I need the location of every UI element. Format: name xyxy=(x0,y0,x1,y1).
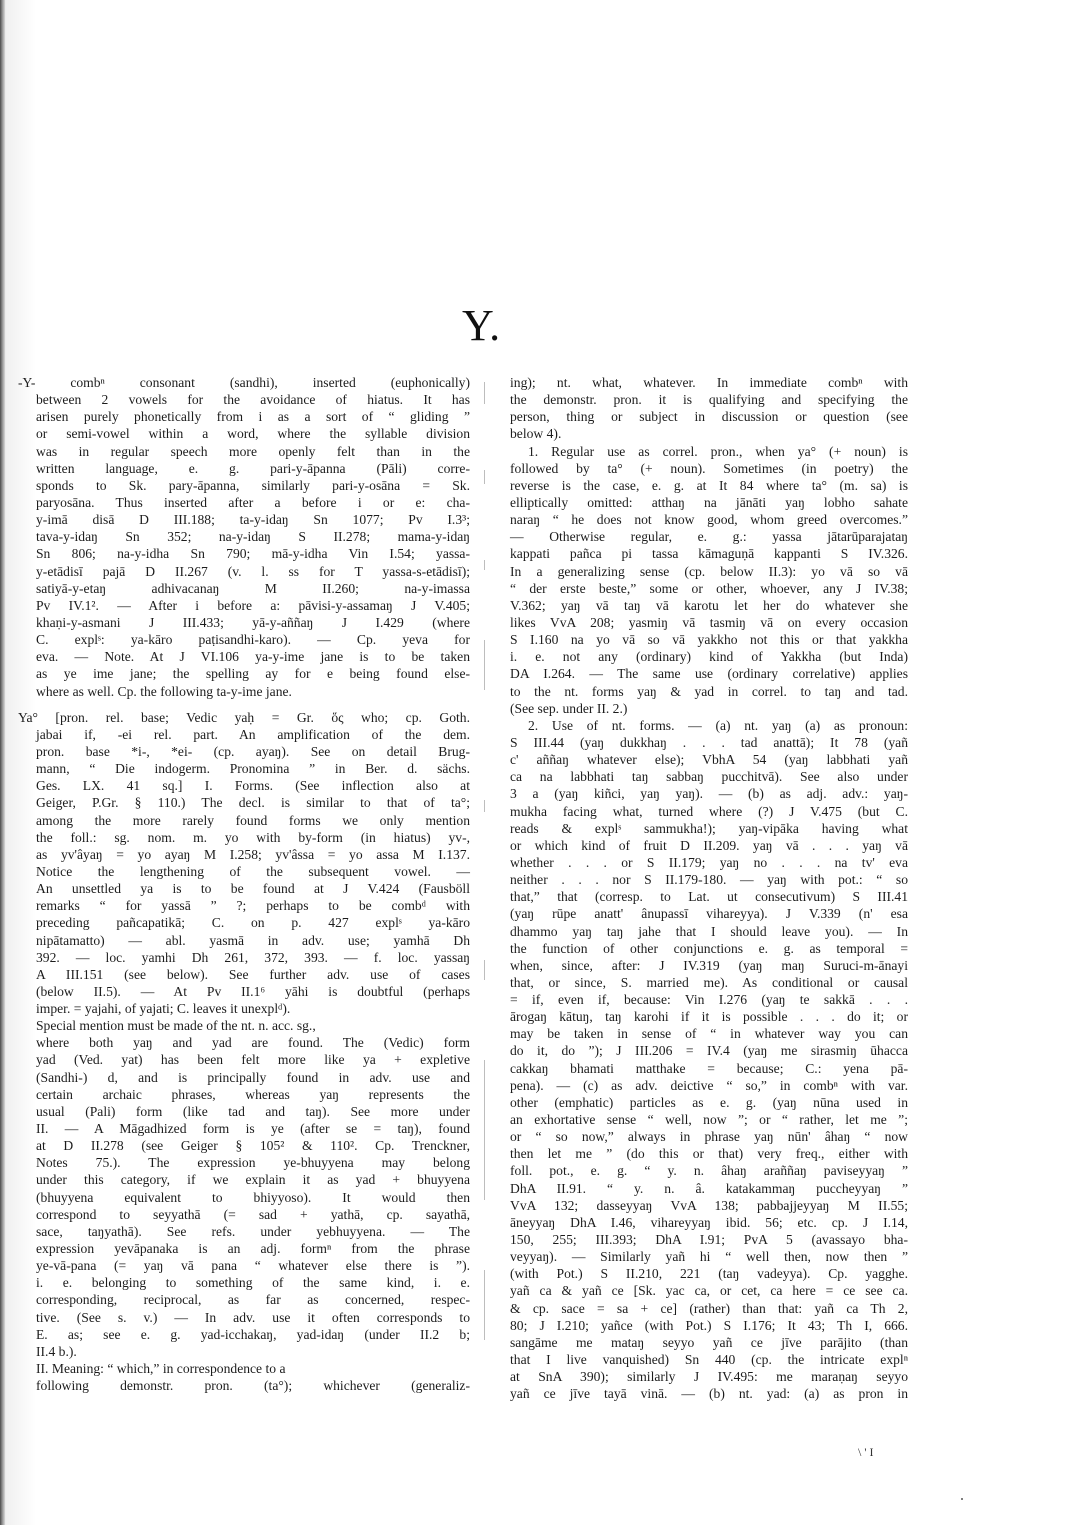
entry-text-line: reverse is the case, e. g. at It 84 wher… xyxy=(510,477,908,494)
entry-text-line: yañ ca & yañ ce [Sk. yac ca, or cet, ca … xyxy=(510,1282,908,1299)
entry-text-line: the foll.: sg. nom. m. yo with by-form (… xyxy=(18,829,470,846)
entry-text-line: as ye ime jane; the spelling ay for e be… xyxy=(18,665,470,682)
entry-text-line: then let me ” (do this or that) very fre… xyxy=(510,1145,908,1162)
entry-text-line: mann, “ Die indogerm. Pronomina ” in Ber… xyxy=(18,760,470,777)
entry-text-line: y-imā disā D III.188; ta-y-idaŋ Sn 1077;… xyxy=(18,511,470,528)
scan-speck xyxy=(961,1498,963,1500)
entry-text-line: paryosāna. Thus inserted after a before … xyxy=(18,494,470,511)
entry-text-line: mukha facing what, turned where (?) J V.… xyxy=(510,803,908,820)
entry-text-line: reads & explˢ sammukha!); yaŋ-vipāka hav… xyxy=(510,820,908,837)
entry-text-line: imper. = yajahi, of yajati; C. leaves it… xyxy=(18,1000,470,1017)
entry-text-line: other (emphatic) particles as e. g. (yaŋ… xyxy=(510,1094,908,1111)
entry-text-line: II.4 b.). xyxy=(18,1343,470,1360)
entry-text-line: remarks “ for yassā ” ?; perhaps to be c… xyxy=(18,897,470,914)
entry-text-line: the function of other conjunctions e. g.… xyxy=(510,940,908,957)
entry-text-line: tava-y-idaŋ Sn 352; na-y-idaŋ S II.278; … xyxy=(18,528,470,545)
entry-text-line: sangāme me mataŋ seyyo yañ ce jīve parāj… xyxy=(510,1334,908,1351)
entry-text-line: Pv IV.1². — After i before a: pāvisi-y-a… xyxy=(18,597,470,614)
entry-text-line: kappati pañca pi tassa kāmaguṇā kappanti… xyxy=(510,545,908,562)
column-divider xyxy=(484,1060,485,1200)
entry-text-line: do it, do ”); J III.206 = IV.4 (yaŋ me s… xyxy=(510,1042,908,1059)
entry-text-line: (with Pot.) S II.210, 221 (taŋ vadeyya).… xyxy=(510,1265,908,1282)
entry-text-line: arisen purely phonetically from i as a s… xyxy=(18,408,470,425)
entry-ya-pronoun: Ya° [pron. rel. base; Vedic yaḥ = Gr. ὅς… xyxy=(18,709,470,1395)
entry-text-line: ing); nt. what, whatever. In immediate c… xyxy=(510,374,908,391)
entry-text-line: an exhortative sense “ well, now ”; or “… xyxy=(510,1111,908,1128)
entry-text-line: Ya° [pron. rel. base; Vedic yaḥ = Gr. ὅς… xyxy=(18,709,470,726)
entry-text-line: 392. — loc. yamhi Dh 261, 372, 393. — f.… xyxy=(18,949,470,966)
entry-text-line: below 4). xyxy=(510,425,908,442)
entry-text-line: Notice the lengthening of the subsequent… xyxy=(18,863,470,880)
page-heading: Y. xyxy=(462,304,501,348)
entry-text-line: (Sandhi-) d, and is principally found in… xyxy=(18,1069,470,1086)
entry-text-line: eva. — Note. At J VI.106 ya-y-ime jane i… xyxy=(18,648,470,665)
entry-text-line: under this category, if we explain it as… xyxy=(18,1171,470,1188)
entry-text-line: (See sep. under II. 2.) xyxy=(510,700,908,717)
entry-y-consonant: -Y- combⁿ consonant (sandhi), inserted (… xyxy=(18,374,470,700)
entry-text-line: (bhuyyena equivalent to bhiyyoso). It wo… xyxy=(18,1189,470,1206)
entry-text-line: — Otherwise regular, e. g.: yassa jātarū… xyxy=(510,528,908,545)
entry-text-line: V.362; yaŋ vā taŋ vā karotu let her do w… xyxy=(510,597,908,614)
entry-text-line: E. as; see e. g. yad-icchakaŋ, yad-idaŋ … xyxy=(18,1326,470,1343)
entry-text-line: c' aññaŋ whatever else); VbhA 54 (yaŋ la… xyxy=(510,751,908,768)
column-divider xyxy=(484,560,485,570)
entry-text-line: or “ so now,” always in phrase yaŋ nūn' … xyxy=(510,1128,908,1145)
entry-text-line: S I.160 na yo vā so vā yakkho not this o… xyxy=(510,631,908,648)
column-divider xyxy=(484,382,485,404)
entry-text-line: -Y- combⁿ consonant (sandhi), inserted (… xyxy=(18,374,470,391)
column-divider xyxy=(484,470,485,484)
entry-text-line: or semi-vowel within a word, where the s… xyxy=(18,425,470,442)
entry-text-line: likes VvA 208; yasmiŋ vā tasmiŋ vā on ev… xyxy=(510,614,908,631)
entry-text-line: cakkaŋ bhamati matthake = because; C.: y… xyxy=(510,1060,908,1077)
entry-text-line: as yv'âyaŋ = yo ayaŋ M I.258; yv'âssa = … xyxy=(18,846,470,863)
entry-text-line: veyyaŋ). — Similarly yañ hi “ well then,… xyxy=(510,1248,908,1265)
entry-text-line: Ges. LX. 41 sq.] I. Forms. (See inflecti… xyxy=(18,777,470,794)
entry-text-line: Sn 806; na-y-idha Sn 790; mā-y-idha Vin … xyxy=(18,545,470,562)
entry-text-line: VvA 132; dasseyyaŋ VvA 138; pabbajjeyyaŋ… xyxy=(510,1197,908,1214)
entry-text-line: In a generalizing sense (cp. below II.3)… xyxy=(510,563,908,580)
entry-text-line: Notes 75.). The expression ye-bhuyyena m… xyxy=(18,1154,470,1171)
entry-text-line: = if, even if, because: Vin I.276 (yaŋ t… xyxy=(510,991,908,1008)
entry-text-line: among the more rarely found forms we onl… xyxy=(18,812,470,829)
column-divider xyxy=(484,640,485,690)
entry-text-line: whether . . . or S II.179; yaŋ no . . . … xyxy=(510,854,908,871)
entry-text-line: 2. Use of nt. forms. — (a) nt. yaŋ (a) a… xyxy=(510,717,908,734)
entry-text-line: naraŋ “ he does not know good, whom gree… xyxy=(510,511,908,528)
entry-text-line: ārogaŋ kātuŋ, taŋ karohi if it is possib… xyxy=(510,1008,908,1025)
column-divider xyxy=(484,800,485,812)
entry-text-line: that,” that (corresp. to Lat. ut consecu… xyxy=(510,888,908,905)
entry-text-line: sponds to Sk. pary-āpanna, similarly par… xyxy=(18,477,470,494)
entry-text-line: ca na labbhati taŋ sabbaŋ pucchitvā). Se… xyxy=(510,768,908,785)
entry-text-line: y-etādisī pajā D II.267 (v. l. ss for T … xyxy=(18,563,470,580)
entry-text-line: or which kind of fruit D II.209. yaŋ vā … xyxy=(510,837,908,854)
folio-mark: \ ' I xyxy=(858,1445,874,1460)
entry-text-line: tive. (See s. v.) — In adv. use it often… xyxy=(18,1309,470,1326)
entry-text-line: Geiger, P.Gr. § 110.) The decl. is simil… xyxy=(18,794,470,811)
entry-text-line: (below II.5). — At Pv II.1⁶ yāhi is doub… xyxy=(18,983,470,1000)
entry-text-line: khaṇi-y-asmani J III.433; yā-y-aññaŋ J I… xyxy=(18,614,470,631)
entry-text-line: ye-vā-pana (= yaŋ vā pana “ whatever els… xyxy=(18,1257,470,1274)
entry-text-line: foll. pot., e. g. “ y. n. âhaŋ araññaŋ p… xyxy=(510,1162,908,1179)
entry-text-line: where as well. Cp. the following ta-y-im… xyxy=(18,683,470,700)
entry-text-line: to the nt. forms yaŋ & yad in correl. to… xyxy=(510,683,908,700)
entry-text-line: may be taken in sense of “ in whatever w… xyxy=(510,1025,908,1042)
entry-text-line: (yaŋ rūpe anatt' ânupassī vihareyya). J … xyxy=(510,905,908,922)
entry-text-line: sace, taŋyathā). See refs. under yebhuyy… xyxy=(18,1223,470,1240)
entry-text-line: C. explˢ: ya-kāro paṭisandhi-karo). — Cp… xyxy=(18,631,470,648)
entry-text-line: was in regular speech more openly felt t… xyxy=(18,443,470,460)
entry-text-line: expression yevāpanaka is an adj. formⁿ f… xyxy=(18,1240,470,1257)
entry-text-line: DA I.264. — The same use (ordinary corre… xyxy=(510,665,908,682)
entry-text-line: 80; J I.210; yañce (with Pot.) S I.176; … xyxy=(510,1317,908,1334)
entry-text-line: following demonstr. pron. (ta°); whichev… xyxy=(18,1377,470,1394)
entry-text-line: at SnA 390); similarly J IV.495: me mara… xyxy=(510,1368,908,1385)
entry-text-line: yad (Ved. yat) has been felt more like y… xyxy=(18,1051,470,1068)
entry-text-line: between 2 vowels for the avoidance of hi… xyxy=(18,391,470,408)
entry-text-line: An unsettled ya is to be found at J V.42… xyxy=(18,880,470,897)
entry-text-line: preceding pañcapatikā; C. on p. 427 expl… xyxy=(18,914,470,931)
entry-text-line: at D II.278 (see Geiger § 105² & 110². C… xyxy=(18,1137,470,1154)
column-divider xyxy=(484,960,485,980)
entry-text-line: usual (Pali) form (like tad and taŋ). Se… xyxy=(18,1103,470,1120)
entry-text-line: the demonstr. pron. it is qualifying and… xyxy=(510,391,908,408)
entry-text-line: written language, e. g. pari-y-āpanna (P… xyxy=(18,460,470,477)
entry-text-line: yañ ce jīve tayā vinā. — (b) nt. yad: (a… xyxy=(510,1385,908,1402)
entry-text-line: A III.151 (see below). See further adv. … xyxy=(18,966,470,983)
entry-text-line: āneyyaŋ DhA I.46, vihareyyaŋ ibid. 56; e… xyxy=(510,1214,908,1231)
entry-text-line: S III.44 (yaŋ dukkhaŋ . . . tad anattā);… xyxy=(510,734,908,751)
entry-text-line: where both yaŋ and yad are found. The (V… xyxy=(18,1034,470,1051)
entry-text-line: & cp. sace = sa + ce] (rather) than that… xyxy=(510,1300,908,1317)
entry-text-line: jabai if, -ei rel. part. An amplificatio… xyxy=(18,726,470,743)
entry-text-line: certain archaic phrases, whereas yaŋ rep… xyxy=(18,1086,470,1103)
entry-text-line: DhA II.91. “ y. n. â. katakammaŋ pucchey… xyxy=(510,1180,908,1197)
entry-text-line: person, thing or subject in discussion o… xyxy=(510,408,908,425)
right-column: ing); nt. what, whatever. In immediate c… xyxy=(510,374,908,1402)
entry-text-line: II. Meaning: “ which,” in correspondence… xyxy=(18,1360,470,1377)
entry-text-line: Special mention must be made of the nt. … xyxy=(18,1017,470,1034)
entry-text-line: neither . . . nor S II.179-180. — yaŋ wi… xyxy=(510,871,908,888)
entry-text-line: “ der erste beste,” some or other, whoev… xyxy=(510,580,908,597)
left-column: -Y- combⁿ consonant (sandhi), inserted (… xyxy=(18,374,470,1394)
entry-text-line: correspond to seyyathā (= sad + yathā, c… xyxy=(18,1206,470,1223)
entry-text-line: followed by ta° (+ noun). Sometimes (in … xyxy=(510,460,908,477)
entry-text-line: 3 a (yaŋ kiñci, yaŋ yaŋ). — (b) as adj. … xyxy=(510,785,908,802)
entry-text-line: elliptically omitted: atthaŋ na jānāti y… xyxy=(510,494,908,511)
entry-text-line: nipātamatto) — abl. yasmā in adv. use; y… xyxy=(18,932,470,949)
entry-text-line: i. e. not any (ordinary) kind of Yakkha … xyxy=(510,648,908,665)
entry-text-line: dhammo yaŋ taŋ jahe that I should leave … xyxy=(510,923,908,940)
entry-text-line: satiyā-y-etaŋ adhivacanaŋ M II.260; na-y… xyxy=(18,580,470,597)
entry-text-line: pron. base *i-, *ei- (cp. ayaŋ). See on … xyxy=(18,743,470,760)
entry-text-line: II. — A Māgadhized form is ye (after se … xyxy=(18,1120,470,1137)
entry-text-line: when, since, after: J IV.319 (yaŋ maŋ Su… xyxy=(510,957,908,974)
entry-text-line: pena). — (c) as adv. deictive “ so,” in … xyxy=(510,1077,908,1094)
entry-text-line: i. e. belonging to something of the same… xyxy=(18,1274,470,1291)
column-divider xyxy=(484,1270,485,1340)
entry-text-line: that, or since, S. married me). As condi… xyxy=(510,974,908,991)
entry-text-line: 150, 255; III.393; DhA I.91; PvA 5 (avas… xyxy=(510,1231,908,1248)
entry-text-line: 1. Regular use as correl. pron., when ya… xyxy=(510,443,908,460)
entry-text-line: that I live vanquished) Sn 440 (cp. the … xyxy=(510,1351,908,1368)
entry-text-line: corresponding, reciprocal, as far as con… xyxy=(18,1291,470,1308)
